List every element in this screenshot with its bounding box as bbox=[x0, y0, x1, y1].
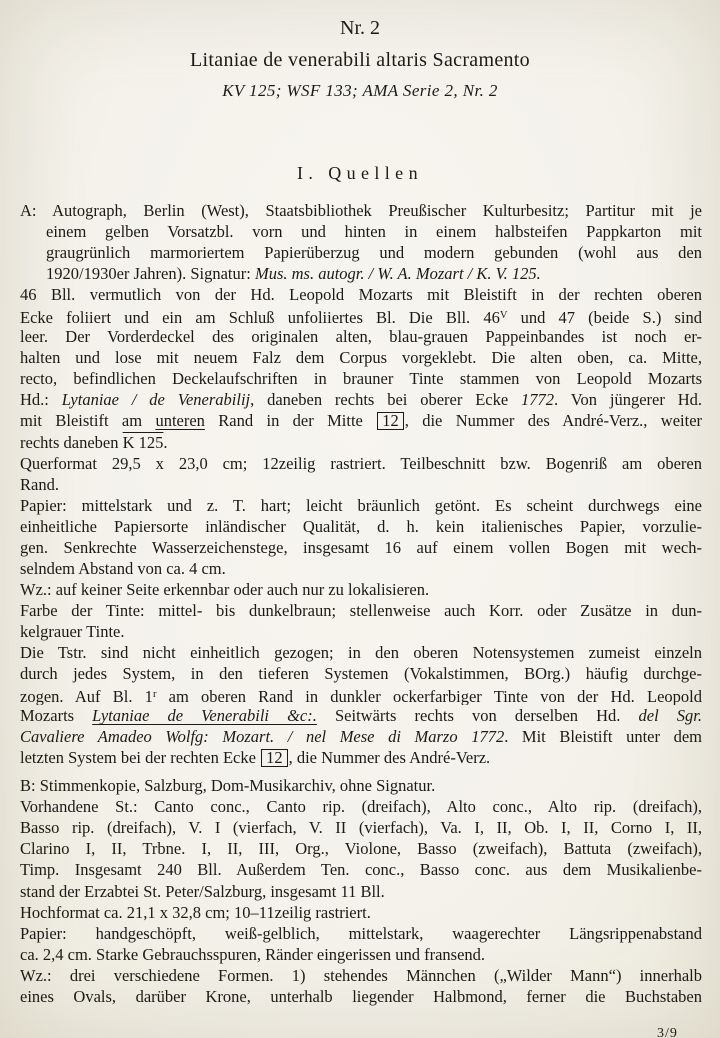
boxed-number: 12 bbox=[261, 749, 288, 767]
text-run: graugrünlich marmoriertem Papierüberzug … bbox=[46, 243, 702, 262]
text-line: Die Tstr. sind nicht einheitlich gezogen… bbox=[20, 642, 702, 663]
text-run: selndem Abstand von ca. 4 cm. bbox=[20, 559, 226, 578]
text-run: Timp. Insgesamt 240 Bll. Außerdem Ten. c… bbox=[20, 860, 702, 879]
paragraph-source-b-parts: Vorhandene St.: Canto conc., Canto rip. … bbox=[20, 796, 702, 901]
text-run: halten und lose mit neuem Falz dem Corpu… bbox=[20, 348, 702, 367]
text-line: 46 Bll. vermutlich von der Hd. Leopold M… bbox=[20, 284, 702, 305]
paragraph-source-b-paper: Papier: handgeschöpft, weiß-gelblich, mi… bbox=[20, 923, 702, 965]
paragraph-source-a-ink: Farbe der Tinte: mittel- bis dunkelbraun… bbox=[20, 600, 702, 642]
text-run: rechts daneben bbox=[20, 433, 123, 452]
text-line: Hd.: Lytaniae / de Venerabilij, daneben … bbox=[20, 389, 702, 410]
text-run: , daneben rechts bei oberer Ecke bbox=[250, 390, 521, 409]
text-run: B: Stimmenkopie, Salzburg, Dom-Musikarch… bbox=[20, 776, 435, 795]
text-line: gen. Senkrechte Wasserzeichenstege, insg… bbox=[20, 537, 702, 558]
text-line: B: Stimmenkopie, Salzburg, Dom-Musikarch… bbox=[20, 775, 702, 796]
text-run: 46 Bll. vermutlich von der Hd. Leopold M… bbox=[20, 285, 702, 304]
text-run: zogen. Auf Bl. 1 bbox=[20, 687, 153, 705]
paragraph-source-b-watermark: Wz.: drei verschiedene Formen. 1) stehen… bbox=[20, 965, 702, 1007]
text-run: Ecke foliiert und ein am Schluß unfoliie… bbox=[20, 308, 500, 326]
text-line: Vorhandene St.: Canto conc., Canto rip. … bbox=[20, 796, 702, 817]
text-run: Vorhandene St.: Canto conc., Canto rip. … bbox=[20, 797, 702, 816]
text-line: Cavaliere Amadeo Wolfg: Mozart. / nel Me… bbox=[20, 726, 702, 747]
text-run: Lytaniae de Venerabili &c:. bbox=[92, 706, 317, 725]
text-run: Farbe der Tinte: mittel- bis dunkelbraun… bbox=[20, 601, 702, 620]
text-run: Mozarts bbox=[20, 706, 92, 725]
text-run: recto, befindlichen Deckelaufschriften i… bbox=[20, 369, 702, 388]
text-run: unteren bbox=[155, 411, 204, 430]
paragraph-source-b-format: Hochformat ca. 21,1 x 32,8 cm; 10–11zeil… bbox=[20, 902, 702, 923]
text-line: Wz.: drei verschiedene Formen. 1) stehen… bbox=[20, 965, 702, 986]
text-run: . bbox=[163, 433, 167, 452]
text-run: einheitliche Papiersorte inländischer Qu… bbox=[20, 517, 702, 536]
text-run: , die Nummer des André-Verz., weiter bbox=[405, 411, 702, 430]
text-line: rechts daneben K 125. bbox=[20, 432, 702, 453]
text-line: letzten System bei der rechten Ecke 12, … bbox=[20, 747, 702, 768]
text-run: . Mit Bleistift unter dem bbox=[504, 727, 702, 746]
text-run: Papier: mittelstark und z. T. hart; leic… bbox=[20, 496, 702, 515]
text-line: Timp. Insgesamt 240 Bll. Außerdem Ten. c… bbox=[20, 859, 702, 880]
text-run: ca. 2,4 cm. Starke Gebrauchsspuren, Ränd… bbox=[20, 945, 485, 964]
text-run: Hd.: bbox=[20, 390, 62, 409]
text-run: . Von jüngerer Hd. bbox=[554, 390, 702, 409]
text-run: gen. Senkrechte Wasserzeichenstege, insg… bbox=[20, 538, 702, 557]
text-run: Rand. bbox=[20, 475, 59, 494]
text-run: letzten System bei der rechten Ecke bbox=[20, 748, 260, 767]
text-run: leer. Der Vorderdeckel des originalen al… bbox=[20, 327, 702, 346]
text-run: am oberen Rand in dunkler ockerfarbiger … bbox=[156, 687, 702, 705]
text-line: Basso rip. (dreifach), V. I (vierfach, V… bbox=[20, 817, 702, 838]
paragraph-source-a-folios: 46 Bll. vermutlich von der Hd. Leopold M… bbox=[20, 284, 702, 452]
text-run: 1920/1930er Jahren). Signatur: bbox=[46, 264, 255, 283]
text-run: eines Ovals, darüber Krone, unterhalb li… bbox=[20, 987, 702, 1006]
text-run: mit Bleistift am bbox=[20, 411, 155, 430]
scanned-page: Nr. 2 Litaniae de venerabili altaris Sac… bbox=[0, 0, 720, 1038]
text-run: Basso rip. (dreifach), V. I (vierfach, V… bbox=[20, 818, 702, 837]
text-run: Wz.: drei verschiedene Formen. 1) stehen… bbox=[20, 966, 702, 985]
text-run: und 47 (beide S.) sind bbox=[507, 308, 702, 326]
text-line: ca. 2,4 cm. Starke Gebrauchsspuren, Ränd… bbox=[20, 944, 702, 965]
text-run: A: Autograph, Berlin (West), Staatsbibli… bbox=[20, 201, 702, 220]
text-line: Papier: handgeschöpft, weiß-gelblich, mi… bbox=[20, 923, 702, 944]
text-run: K 125 bbox=[123, 433, 164, 452]
text-line: Papier: mittelstark und z. T. hart; leic… bbox=[20, 495, 702, 516]
catalog-references: KV 125; WSF 133; AMA Serie 2, Nr. 2 bbox=[0, 81, 720, 101]
text-run: stand der Erzabtei St. Peter/Salzburg, i… bbox=[20, 882, 385, 901]
section-heading: I. Quellen bbox=[0, 163, 720, 184]
paragraph-source-a-format: Querformat 29,5 x 23,0 cm; 12zeilig rast… bbox=[20, 453, 702, 495]
text-run: del Sgr. bbox=[639, 706, 702, 725]
paragraph-source-a-barlines: Die Tstr. sind nicht einheitlich gezogen… bbox=[20, 642, 702, 768]
work-number: Nr. 2 bbox=[0, 16, 720, 40]
text-run: Clarino I, II, Trbne. I, II, III, Org., … bbox=[20, 839, 702, 858]
boxed-number: 12 bbox=[377, 412, 404, 430]
signature-mark: 3/9 bbox=[657, 1026, 678, 1038]
text-line: Hochformat ca. 21,1 x 32,8 cm; 10–11zeil… bbox=[20, 902, 702, 923]
text-run: Querformat 29,5 x 23,0 cm; 12zeilig rast… bbox=[20, 454, 702, 473]
text-line: kelgrauer Tinte. bbox=[20, 621, 702, 642]
paragraph-source-b-description: B: Stimmenkopie, Salzburg, Dom-Musikarch… bbox=[20, 775, 702, 796]
text-run: kelgrauer Tinte. bbox=[20, 622, 125, 641]
text-line: Wz.: auf keiner Seite erkennbar oder auc… bbox=[20, 579, 702, 600]
text-run: 1772 bbox=[521, 390, 554, 409]
text-line: einem gelben Vorsatzbl. vorn und hinten … bbox=[20, 221, 702, 242]
text-line: eines Ovals, darüber Krone, unterhalb li… bbox=[20, 986, 702, 1007]
text-run: Rand in der Mitte bbox=[205, 411, 376, 430]
text-line: A: Autograph, Berlin (West), Staatsbibli… bbox=[20, 200, 702, 221]
text-line: Ecke foliiert und ein am Schluß unfoliie… bbox=[20, 305, 702, 326]
text-line: Rand. bbox=[20, 474, 702, 495]
title-block: Nr. 2 Litaniae de venerabili altaris Sac… bbox=[0, 16, 720, 101]
text-line: einheitliche Papiersorte inländischer Qu… bbox=[20, 516, 702, 537]
text-line: Clarino I, II, Trbne. I, II, III, Org., … bbox=[20, 838, 702, 859]
text-run: Hochformat ca. 21,1 x 32,8 cm; 10–11zeil… bbox=[20, 903, 371, 922]
text-line: Mozarts Lytaniae de Venerabili &c:. Seit… bbox=[20, 705, 702, 726]
text-line: halten und lose mit neuem Falz dem Corpu… bbox=[20, 347, 702, 368]
text-run: Lytaniae / de Venerabilij bbox=[62, 390, 250, 409]
paragraph-source-a-description: A: Autograph, Berlin (West), Staatsbibli… bbox=[20, 200, 702, 284]
text-run: Mus. ms. autogr. / W. A. Mozart / K. V. … bbox=[255, 264, 541, 283]
text-run: Seitwärts rechts von derselben Hd. bbox=[317, 706, 639, 725]
text-line: recto, befindlichen Deckelaufschriften i… bbox=[20, 368, 702, 389]
text-line: leer. Der Vorderdeckel des originalen al… bbox=[20, 326, 702, 347]
work-title: Litaniae de venerabili altaris Sacrament… bbox=[0, 48, 720, 72]
text-run: einem gelben Vorsatzbl. vorn und hinten … bbox=[46, 222, 702, 241]
text-run: Wz.: auf keiner Seite erkennbar oder auc… bbox=[20, 580, 429, 599]
paragraph-source-a-paper: Papier: mittelstark und z. T. hart; leic… bbox=[20, 495, 702, 579]
text-line: selndem Abstand von ca. 4 cm. bbox=[20, 558, 702, 579]
text-run: Cavaliere Amadeo Wolfg: Mozart. / nel Me… bbox=[20, 727, 504, 746]
text-line: 1920/1930er Jahren). Signatur: Mus. ms. … bbox=[20, 263, 702, 284]
paragraph-source-a-watermark: Wz.: auf keiner Seite erkennbar oder auc… bbox=[20, 579, 702, 600]
text-run: Die Tstr. sind nicht einheitlich gezogen… bbox=[20, 643, 702, 662]
text-line: Querformat 29,5 x 23,0 cm; 12zeilig rast… bbox=[20, 453, 702, 474]
text-line: zogen. Auf Bl. 1r am oberen Rand in dunk… bbox=[20, 684, 702, 705]
text-line: stand der Erzabtei St. Peter/Salzburg, i… bbox=[20, 881, 702, 902]
text-run: , die Nummer des André-Verz. bbox=[289, 748, 491, 767]
text-line: durch jedes System, in den tieferen Syst… bbox=[20, 663, 702, 684]
text-run: Papier: handgeschöpft, weiß-gelblich, mi… bbox=[20, 924, 702, 943]
text-line: graugrünlich marmoriertem Papierüberzug … bbox=[20, 242, 702, 263]
page-body: A: Autograph, Berlin (West), Staatsbibli… bbox=[20, 200, 702, 1007]
text-line: mit Bleistift am unteren Rand in der Mit… bbox=[20, 410, 702, 431]
text-line: Farbe der Tinte: mittel- bis dunkelbraun… bbox=[20, 600, 702, 621]
text-run: durch jedes System, in den tieferen Syst… bbox=[20, 664, 702, 683]
